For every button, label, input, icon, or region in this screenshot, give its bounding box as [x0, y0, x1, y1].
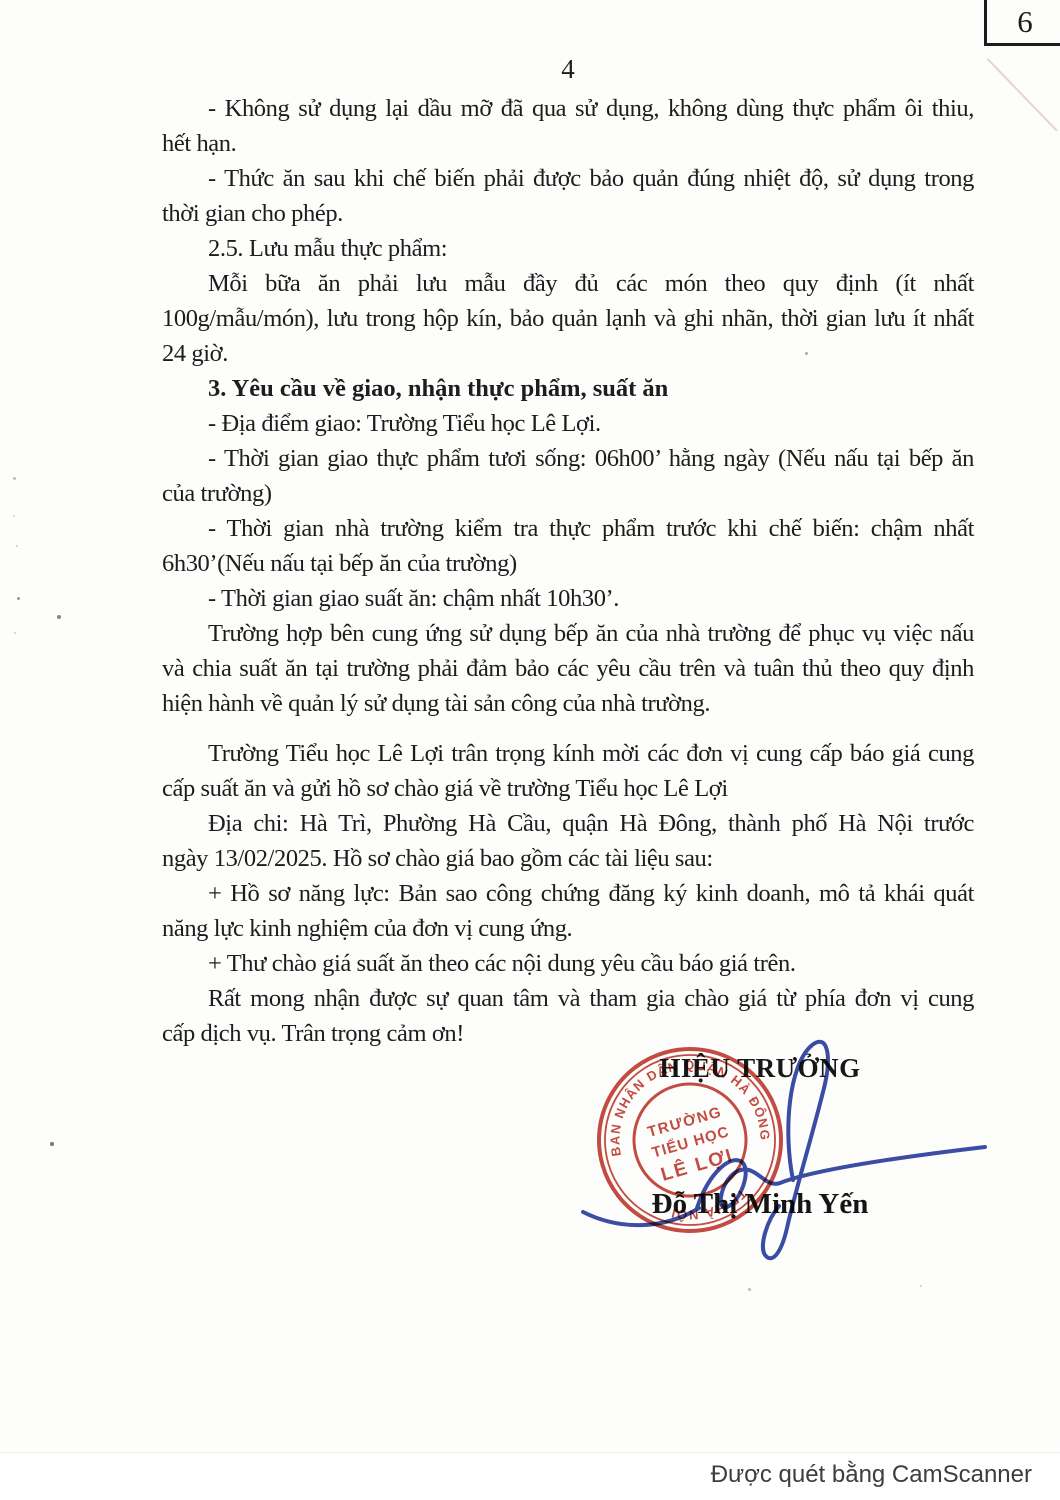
- camscanner-note: Được quét bằng CamScanner: [711, 1461, 1032, 1489]
- document-text-line: hết hạn.: [162, 126, 974, 161]
- scan-artifact: [13, 477, 16, 480]
- corner-page-number-box: 6: [984, 0, 1060, 46]
- document-text-line: Mỗi bữa ăn phải lưu mẫu đầy đủ các món t…: [162, 266, 974, 301]
- scan-artifact: [920, 1285, 922, 1287]
- signature: [565, 1030, 1005, 1262]
- document-text-line: cấp suất ăn và gửi hồ sơ chào giá về trư…: [162, 771, 974, 806]
- scan-artifact: [50, 1142, 54, 1146]
- document-text-line: + Hồ sơ năng lực: Bản sao công chứng đăn…: [162, 876, 974, 911]
- signer-name: Đỗ Thị Minh Yến: [630, 1188, 890, 1221]
- scan-artifact: [13, 515, 15, 517]
- corner-page-number: 6: [1017, 4, 1033, 40]
- document-text-line: Địa chi: Hà Trì, Phường Hà Cầu, quận Hà …: [162, 806, 974, 841]
- document-text-line: Trường hợp bên cung ứng sử dụng bếp ăn c…: [162, 616, 974, 651]
- document-text-line: và chia suất ăn tại trường phải đảm bảo …: [162, 651, 974, 686]
- document-text-line: - Thời gian giao suất ăn: chậm nhất 10h3…: [162, 581, 974, 616]
- document-text-line: 3. Yêu cầu về giao, nhận thực phẩm, suất…: [162, 371, 974, 406]
- document-text-line: - Thời gian giao thực phẩm tươi sống: 06…: [162, 441, 974, 476]
- scan-artifact: [17, 597, 20, 600]
- document-text-line: - Địa điểm giao: Trường Tiểu học Lê Lợi.: [162, 406, 974, 441]
- document-text-line: 6h30’(Nếu nấu tại bếp ăn của trường): [162, 546, 974, 581]
- scan-crease-line: [987, 58, 1058, 131]
- document-text-line: - Thời gian nhà trường kiểm tra thực phẩ…: [162, 511, 974, 546]
- scan-artifact: [805, 352, 808, 355]
- scan-artifact: [748, 1288, 751, 1291]
- document-text-line: - Thức ăn sau khi chế biến phải được bảo…: [162, 161, 974, 196]
- document-text-line: hiện hành về quản lý sử dụng tài sản côn…: [162, 686, 974, 721]
- document-text-line: 100g/mẫu/món), lưu trong hộp kín, bảo qu…: [162, 301, 974, 336]
- document-text-line: của trường): [162, 476, 974, 511]
- scanned-document-page: 6 4 - Không sử dụng lại dầu mỡ đã qua sử…: [0, 0, 1060, 1452]
- scan-artifact: [57, 615, 61, 619]
- page-number: 4: [162, 54, 974, 85]
- camscanner-footer: Được quét bằng CamScanner: [0, 1452, 1060, 1500]
- scan-artifact: [16, 545, 18, 547]
- document-text-line: 24 giờ.: [162, 336, 974, 371]
- document-text-line: + Thư chào giá suất ăn theo các nội dung…: [162, 946, 974, 981]
- document-text-line: 2.5. Lưu mẫu thực phẩm:: [162, 231, 974, 266]
- document-text-line: năng lực kinh nghiệm của đơn vị cung ứng…: [162, 911, 974, 946]
- document-text-line: Rất mong nhận được sự quan tâm và tham g…: [162, 981, 974, 1016]
- document-text-line: ngày 13/02/2025. Hồ sơ chào giá bao gồm …: [162, 841, 974, 876]
- document-text-line: Trường Tiểu học Lê Lợi trân trọng kính m…: [162, 736, 974, 771]
- scan-artifact: [14, 632, 16, 634]
- document-body: - Không sử dụng lại dầu mỡ đã qua sử dụn…: [162, 91, 974, 1051]
- document-text-line: thời gian cho phép.: [162, 196, 974, 231]
- document-text-line: - Không sử dụng lại dầu mỡ đã qua sử dụn…: [162, 91, 974, 126]
